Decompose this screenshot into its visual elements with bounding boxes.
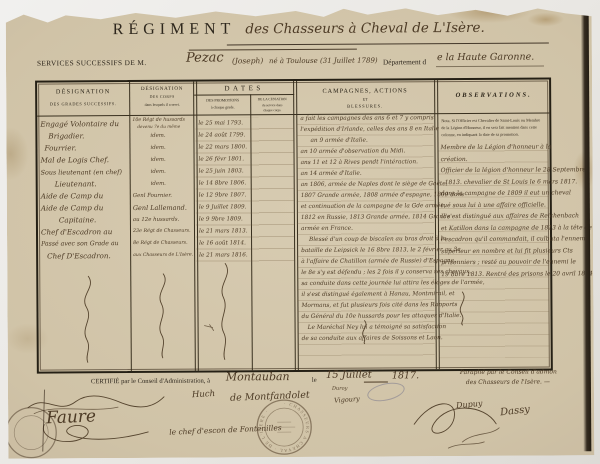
date-cell: le 22 mars 1800.	[198, 141, 250, 153]
header-corps-title: DÉSIGNATION	[131, 87, 193, 92]
header-corps-sub1: DES CORPS	[131, 95, 193, 99]
observations-line: création.	[441, 153, 549, 165]
column-dates-promotions: le 25 mai 1793. le 24 août 1799. le 22 m…	[198, 117, 251, 261]
signature: Dassy	[500, 404, 531, 418]
header-observations: OBSERVATIONS.	[438, 91, 549, 99]
paraphe-line2: des Chasseurs de l'Isère. —	[466, 378, 550, 386]
observations-line: Membre de la Légion d'honneur à la	[440, 141, 548, 153]
header-grades-title: DÉSIGNATION	[37, 88, 129, 96]
column-grades: Engagé Volontaire du Brigadier. Fourrier…	[40, 118, 129, 263]
observations-line: prisonniers ; resté au pouvoir de l'enne…	[441, 256, 549, 268]
date-cell: le 25 mai 1793.	[198, 117, 250, 129]
campagnes-line: à l'affaire de Chatillon (armée de Russi…	[301, 256, 433, 268]
name-script: Pezac	[186, 50, 224, 65]
grade-cell: Sous lieutenant (en chef)	[41, 166, 129, 179]
dates-band-rule	[194, 94, 294, 96]
grade-cell: Brigadier.	[40, 130, 128, 143]
certify-date1: 15 Juillet	[326, 370, 372, 381]
corps-line2: devenu 7e du même	[132, 123, 192, 129]
signature: Duroy	[332, 386, 348, 392]
observations-nota: Nota. Si l'Officier est Chevalier de Sai…	[441, 116, 547, 138]
campagnes-line: sa conduite dans cette journée lui attir…	[301, 278, 433, 290]
corps-cell: au 12e hussards.	[133, 214, 193, 226]
paper-sheet: RÉGIMENT des Chasseurs à Cheval de L'Isè…	[6, 5, 595, 459]
header-cessation-sub2: chaque corps.	[251, 108, 293, 112]
name-paren: (Joseph)	[232, 56, 263, 65]
grade-cell: Mal de Logis Chef.	[41, 154, 129, 167]
title-script: des Chasseurs à Cheval de L'Isère.	[245, 20, 484, 37]
birth-script: né à Toulouse (31 Juillet 1789)	[269, 57, 378, 66]
signature: Huch	[192, 389, 216, 400]
date-cell: le 24 août 1799.	[198, 129, 250, 141]
header-grades-sub: DES GRADES SUCCESSIFS.	[37, 101, 129, 107]
campagnes-line: a fait les campagnes des ans 6 et 7 y co…	[300, 113, 432, 125]
date-cell: le 21 mars 1816.	[199, 249, 251, 261]
corps-cell: idem.	[133, 154, 193, 166]
corps-cell: idem.	[132, 130, 192, 142]
observations-line: Officier de la légion d'honneur le 28 Se…	[441, 164, 549, 176]
corps-cell: 23e Régt de Chasseurs.	[133, 226, 193, 238]
date-cell: le 14 8bre 1806.	[199, 177, 251, 189]
service-table: DÉSIGNATION DES GRADES SUCCESSIFS. DÉSIG…	[35, 77, 553, 373]
campagnes-line: l'expédition d'Irlande, celles des ans 8…	[300, 124, 432, 136]
certify-le: le	[312, 377, 317, 384]
grade-cell: Aide de Camp du	[41, 190, 129, 203]
stamp-chasseurs: · CHASSEURS A CHEVAL · DE L'ISERE ·	[253, 396, 315, 458]
grade-cell: Lieutenant.	[41, 178, 129, 191]
corps-cell: idem.	[133, 178, 193, 190]
scanned-document: RÉGIMENT des Chasseurs à Cheval de L'Isè…	[0, 0, 600, 464]
corps-cell: 10e Régt de hussards devenu 7e du même	[132, 118, 192, 130]
header-cessation: DE LA CESSATION	[251, 97, 293, 101]
observations-line: 19 8bre 1813. Rentré des prisons le 20 a…	[441, 268, 549, 280]
grade-cell: Chef D'Escadron.	[41, 250, 129, 263]
column-corps: 10e Régt de hussards devenu 7e du même i…	[132, 118, 193, 262]
header-campagnes-3: BLESSURES.	[296, 103, 434, 109]
campagnes-line: 1807 Grande armée, 1808 armée d'espagne,…	[301, 190, 433, 202]
observations-line: 1813. chevalier de St Louis le 6 mars 18…	[441, 176, 549, 188]
observations-text: Membre de la Légion d'honneur à la créat…	[440, 141, 549, 280]
grade-cell: Capitaine.	[41, 214, 129, 227]
campagnes-line: an 9 armée d'Italie.	[300, 135, 432, 147]
grade-cell: Fourrier.	[40, 142, 128, 155]
corps-cell: Genl Fournier.	[133, 190, 193, 202]
date-cell: le 21 mars 1813.	[199, 225, 251, 237]
date-cell: le 9 Juillet 1809.	[199, 201, 251, 213]
services-label: SERVICES SUCCESSIFS DE M.	[37, 58, 147, 68]
observations-line: dans la campagne de 1809 il eut un cheva…	[441, 187, 549, 199]
title-underline	[227, 42, 549, 45]
campagnes-line: an 1806, armée de Naples dont le siège d…	[301, 179, 433, 191]
date-cell: le 12 9bre 1807.	[199, 189, 251, 201]
dept-label: Département d	[383, 57, 426, 66]
certify-place: Montauban	[226, 370, 290, 383]
signature: Vigoury	[334, 395, 360, 405]
flourish	[152, 272, 175, 360]
nota-line: colonne, en indiquant la date de sa prom…	[441, 130, 547, 138]
campagnes-line: et continuation de la campagne de la Gde…	[301, 201, 433, 213]
observations-line: tué sous lui à une affaire officielle.	[441, 199, 549, 211]
header-campagnes-2: ET	[296, 96, 434, 102]
corps-line1: 10e Régt de hussards	[132, 118, 192, 124]
flourish	[357, 319, 373, 345]
stamp-oval-faint	[366, 380, 407, 405]
corps-cell: idem.	[133, 166, 193, 178]
scan-dark-edge	[581, 13, 592, 451]
header-corps-sub2: dans lesquels il a servi.	[131, 103, 193, 107]
stamp-left-partial	[2, 403, 60, 461]
dept-underline	[436, 66, 544, 68]
grade-cell: Engagé Volontaire du	[40, 118, 128, 131]
campagnes-line: il s'est distingué également à Hanau, Mo…	[301, 289, 433, 301]
title-printed: RÉGIMENT	[113, 20, 236, 38]
campagnes-line: Mormans, et fut plusieurs fois cité dans…	[301, 300, 433, 312]
column-separator	[293, 81, 299, 370]
campagnes-line: 1812 en Russie, 1813 Grande armée, 1814 …	[301, 212, 433, 224]
campagnes-line: an 10 armée d'observation du Midi.	[300, 146, 432, 158]
grade-cell: Chef d'Escadron au	[41, 226, 129, 239]
header-promotions-sub: à chaque grade.	[195, 105, 250, 109]
document-title: RÉGIMENT des Chasseurs à Cheval de L'Isè…	[6, 18, 592, 40]
corps-cell: 8e Régt de Chasseurs.	[133, 238, 193, 250]
certify-date2: 1817.	[392, 370, 419, 381]
header-dates-title: DATES	[194, 84, 294, 93]
dept-script: e la Haute Garonne.	[437, 52, 534, 64]
grade-cell: Aide de Camp du	[41, 202, 129, 215]
campagnes-line: ans 11 et 12 à Rives pendt l'intéraction…	[301, 157, 433, 169]
flourish	[452, 290, 472, 326]
observations-line: et Katillon dans la campagne de 1813 à l…	[441, 222, 549, 234]
header-campagnes-1: CAMPAGNES, ACTIONS	[296, 87, 434, 95]
date-cell: le 26 févr 1801.	[199, 153, 251, 165]
flourish	[214, 261, 237, 361]
certify-printed: CERTIFIÉ par le Conseil d'Administration…	[91, 378, 210, 386]
date-cell: le 25 juin 1803.	[199, 165, 251, 177]
campagnes-line: bataille de Leipsick le 16 8bre 1813, le…	[301, 245, 433, 257]
flourish	[76, 274, 101, 364]
header-cessation-sub1: du service dans	[251, 103, 293, 107]
corps-cell: aux Chasseurs de L'Isère.	[133, 250, 193, 262]
observations-line: supérieur en nombre et lui fit plusieurs…	[441, 245, 549, 257]
signature-flourish	[404, 392, 504, 453]
campagnes-line: armée en France.	[301, 223, 433, 235]
header-promotions: DES PROMOTIONS	[195, 98, 250, 102]
campagnes-line: le 8e s'y est défendu ; les 2 fois il y …	[301, 267, 433, 279]
corps-cell: idem.	[132, 142, 192, 154]
date-cell: le 16 août 1814.	[199, 237, 251, 249]
observations-line: l'escadron qu'il commandait, il culbuta …	[441, 233, 549, 245]
observations-line: Il s'est distingué aux affaires de Reich…	[441, 210, 549, 222]
campagnes-line: an 14 armée d'Italie.	[301, 168, 433, 180]
paraphe-line1: Paraphé par le Conseil d'admon	[460, 368, 557, 376]
date-cell: le 9 9bre 1809.	[199, 213, 251, 225]
grade-cell: Passé avec son Grade au	[41, 238, 129, 251]
corps-cell: Genl Lallemand.	[133, 202, 193, 214]
campagnes-text: a fait les campagnes des ans 6 et 7 y co…	[300, 113, 433, 345]
campagnes-line: Blessé d'un coup de biscaïen au bras dro…	[301, 234, 433, 246]
